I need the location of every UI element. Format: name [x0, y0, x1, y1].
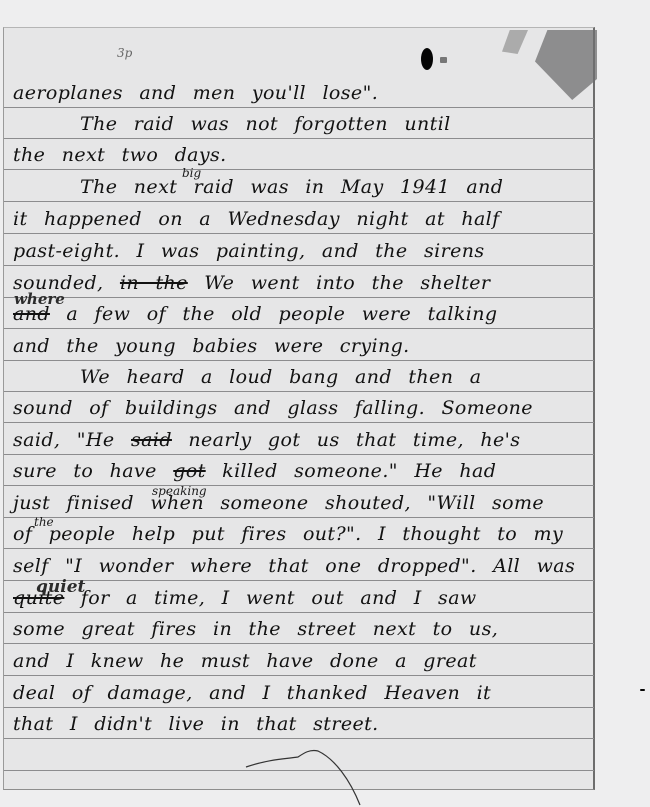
line-text: said, "He	[13, 429, 115, 451]
text-line-19: and I knew he must have done a great	[13, 650, 477, 680]
pen-stroke	[240, 745, 400, 807]
text-line-4: The next raid was in May 1941 and	[80, 176, 503, 206]
ink-blot	[421, 48, 433, 70]
text-line-20: deal of damage, and I thanked Heaven it	[13, 682, 491, 712]
text-line-9: and the young babies were crying.	[13, 335, 410, 365]
text-line-21: that I didn't live in that street.	[13, 713, 379, 743]
insertion-quiet: quiet	[36, 577, 85, 597]
struck-text: in the	[120, 272, 188, 294]
line-text: for a time, I went out and I saw	[81, 587, 477, 609]
text-line-6: past-eight. I was painting, and the sire…	[13, 240, 485, 270]
text-line-13: sure to have got killed someone." He had	[13, 460, 496, 490]
line-text: a few of the old people were talking	[66, 303, 497, 325]
text-line-10: We heard a loud bang and then a	[80, 366, 482, 396]
insertion-speaking: speaking	[152, 484, 207, 498]
text-line-1: aeroplanes and men you'll lose".	[13, 82, 378, 112]
text-line-14: just finised when someone shouted, "Will…	[13, 492, 544, 522]
text-line-11: sound of buildings and glass falling. So…	[13, 397, 533, 427]
struck-text: got	[173, 460, 205, 482]
text-line-18: some great fires in the street next to u…	[13, 618, 498, 648]
line-text: sure to have	[13, 460, 157, 482]
text-line-12: said, "He said nearly got us that time, …	[13, 429, 520, 459]
text-line-2: The raid was not forgotten until	[80, 113, 451, 143]
line-text: We went into the shelter	[204, 272, 490, 294]
line-text: killed someone." He had	[222, 460, 496, 482]
text-line-8: and a few of the old people were talking	[13, 303, 497, 333]
text-line-15: of people help put fires out?". I though…	[13, 523, 563, 553]
text-line-5: it happened on a Wednesday night at half	[13, 208, 500, 238]
struck-text: said	[131, 429, 172, 451]
insertion-big: big	[182, 166, 201, 180]
speck	[640, 689, 645, 691]
text-line-7: sounded, in the We went into the shelter	[13, 272, 490, 302]
insertion-the: the	[34, 515, 54, 529]
ink-blot	[440, 57, 447, 63]
line-text: nearly got us that time, he's	[188, 429, 520, 451]
page-mark: 3p	[117, 46, 132, 60]
text-line-16: self "I wonder where that one dropped". …	[13, 555, 575, 585]
insertion-where: where	[14, 290, 65, 308]
